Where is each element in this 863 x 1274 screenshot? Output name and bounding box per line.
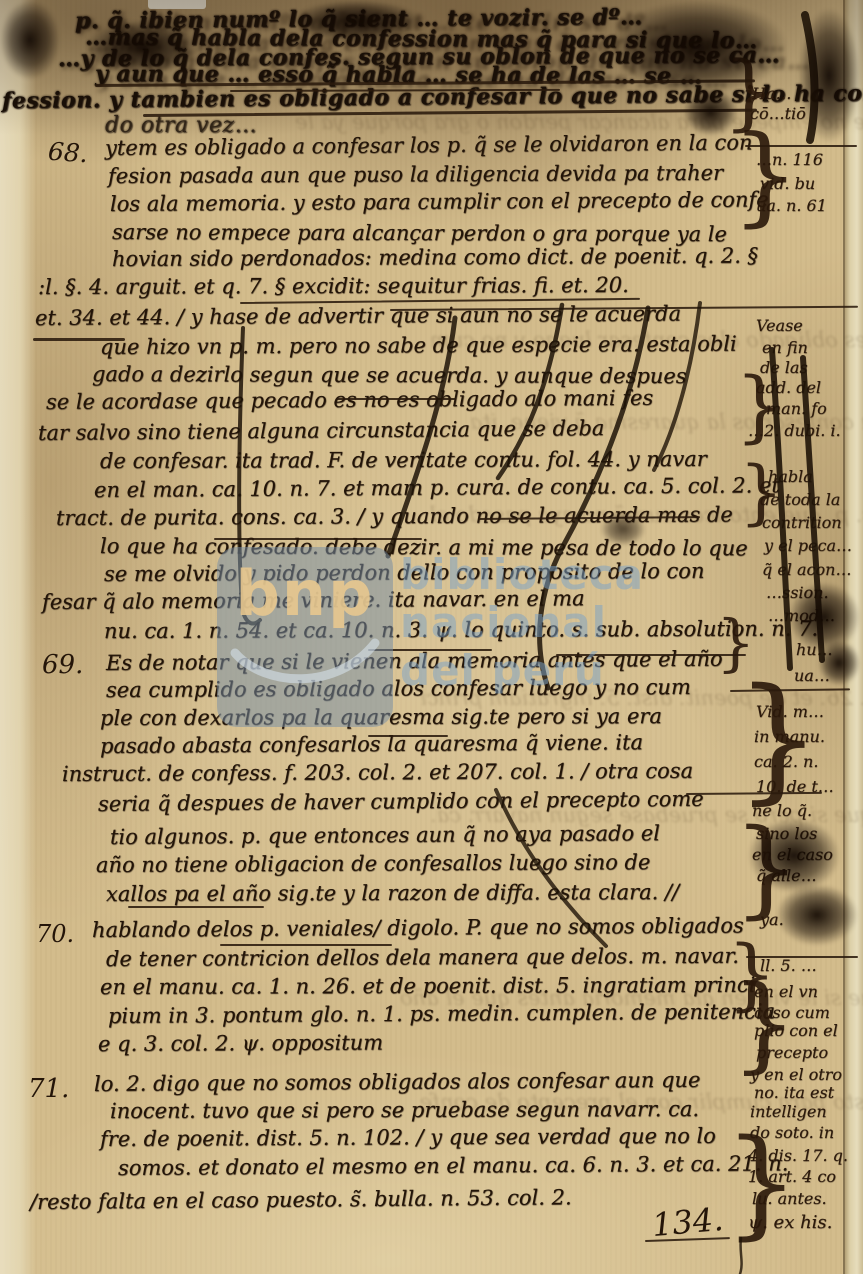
watermark-label-line: nacional [400, 599, 644, 647]
ink-blot [292, 0, 422, 42]
ink-blot [776, 884, 858, 946]
ink-blot [600, 512, 646, 546]
ink-blot [608, 0, 788, 95]
ink-blot [788, 582, 860, 652]
watermark-label: biblioteca nacional del perú [400, 551, 644, 695]
watermark-logo-text: bnp [217, 563, 393, 625]
ink-blot [818, 640, 860, 686]
ink-blot [798, 8, 860, 143]
watermark-logo-box: bnp [217, 547, 393, 727]
ink-blot [0, 0, 60, 80]
ink-blot [683, 88, 738, 136]
manuscript-page: sarse no empece para alcançar perdon o g… [0, 0, 863, 1274]
watermark-swoosh-icon [217, 625, 393, 715]
ink-blot [85, 20, 200, 75]
watermark-label-line: del perú [400, 647, 644, 695]
watermark-label-line: biblioteca [400, 551, 644, 599]
ink-blot [748, 818, 840, 893]
